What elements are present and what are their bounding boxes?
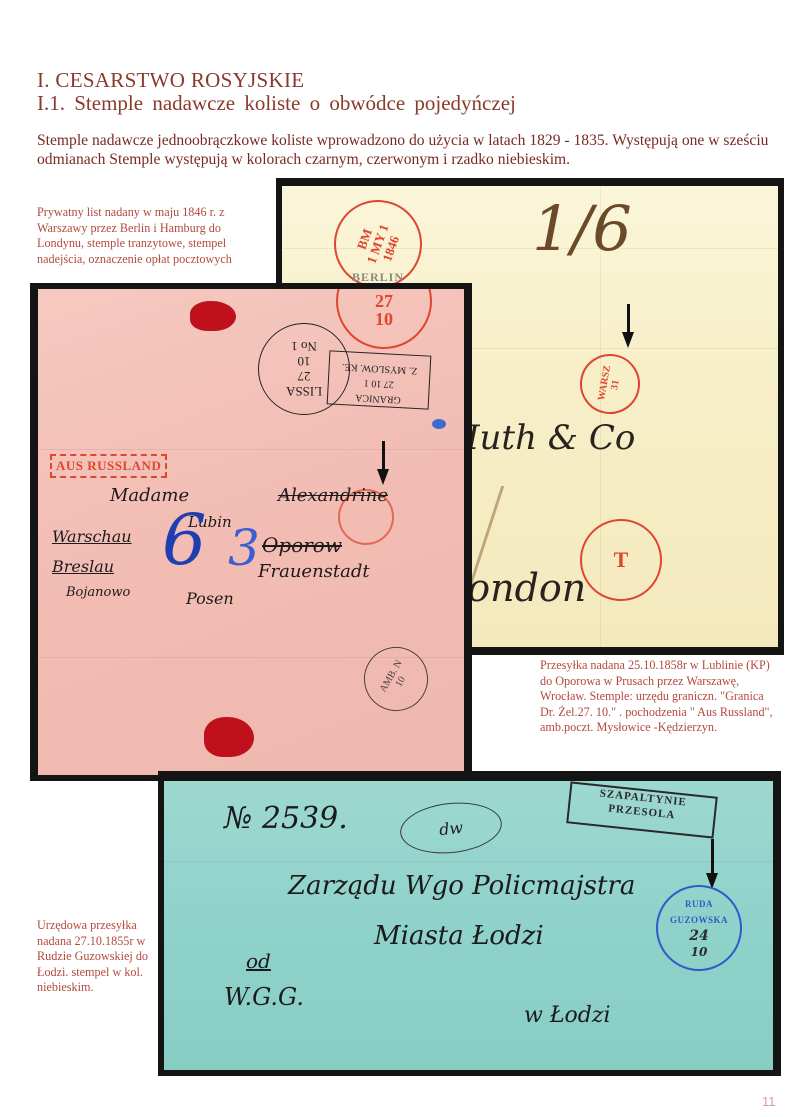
ambulant-postmark: AMB. N 10 xyxy=(352,635,439,722)
rate-mark: 6 xyxy=(162,499,207,581)
blue-dots xyxy=(432,419,446,429)
side-line-1: Warschau xyxy=(52,527,132,546)
address-line-2: Alexandrine xyxy=(278,485,388,506)
address-line-1: Zarządu Wgo Policmajstra xyxy=(288,871,635,901)
cover-ruda-image: № 2539. dw SZAPALTYNIE PRZESOLA Zarządu … xyxy=(158,771,781,1076)
address-line-4: Oporow xyxy=(262,533,342,557)
wax-seal-bottom xyxy=(204,717,254,757)
cover-ruda-paper: № 2539. dw SZAPALTYNIE PRZESOLA Zarządu … xyxy=(164,781,773,1070)
section-heading: I. CESARSTWO ROSYJSKIE xyxy=(37,69,304,91)
aus-russland-stamp: AUS RUSSLAND xyxy=(50,454,167,478)
address-line-2: Miasta Łodzi xyxy=(374,921,544,951)
cover-lublin-paper: DR 27 10 LISSA 27 10 No 1 GRANICA 27 10 … xyxy=(38,289,464,775)
wax-seal-top xyxy=(190,301,236,331)
side-line-3: Bojanowo xyxy=(66,585,130,600)
caption-ruda-cover: Urzędowa przesyłka nadana 27.10.1855r w … xyxy=(37,918,167,996)
address-line-6: Posen xyxy=(186,589,234,608)
section-subheading: I.1. Stemple nadawcze koliste o obwódce … xyxy=(37,92,516,114)
caption-london-cover: Prywatny list nadany w maju 1846 r. z Wa… xyxy=(37,205,267,267)
rate-mark: 1/6 xyxy=(532,192,632,265)
page-number: 11 xyxy=(762,1094,776,1109)
granica-box-stamp: GRANICA 27 10 1 Z. MYSLOW. KE. xyxy=(327,350,432,409)
loop-note: dw xyxy=(398,798,505,858)
address-line-5: Frauenstadt xyxy=(258,561,370,582)
side-line-2: Breslau xyxy=(52,557,114,576)
address-line-3: w Łodzi xyxy=(524,1003,611,1028)
granica-postmark: DR 27 10 xyxy=(336,289,432,349)
caption-lublin-cover: Przesyłka nadana 25.10.1858r w Lublinie … xyxy=(540,658,780,736)
sender-line-2: W.G.G. xyxy=(224,983,304,1011)
arrival-postmark-bottom: T xyxy=(580,519,662,601)
origin-postmark: WARSZ 31 xyxy=(575,349,645,419)
cover-lublin-image: DR 27 10 LISSA 27 10 No 1 GRANICA 27 10 … xyxy=(30,283,472,781)
registration-number: № 2539. xyxy=(224,801,348,836)
ruda-guzowska-postmark: RUDA GUZOWSKA 24 10 xyxy=(656,885,742,971)
blue-rate-mark: 3 xyxy=(228,519,260,577)
intro-paragraph: Stemple nadawcze jednoobrączkowe koliste… xyxy=(37,131,797,169)
rectangular-box-stamp: SZAPALTYNIE PRZESOLA xyxy=(566,781,718,838)
sender-line-1: od xyxy=(246,949,271,973)
